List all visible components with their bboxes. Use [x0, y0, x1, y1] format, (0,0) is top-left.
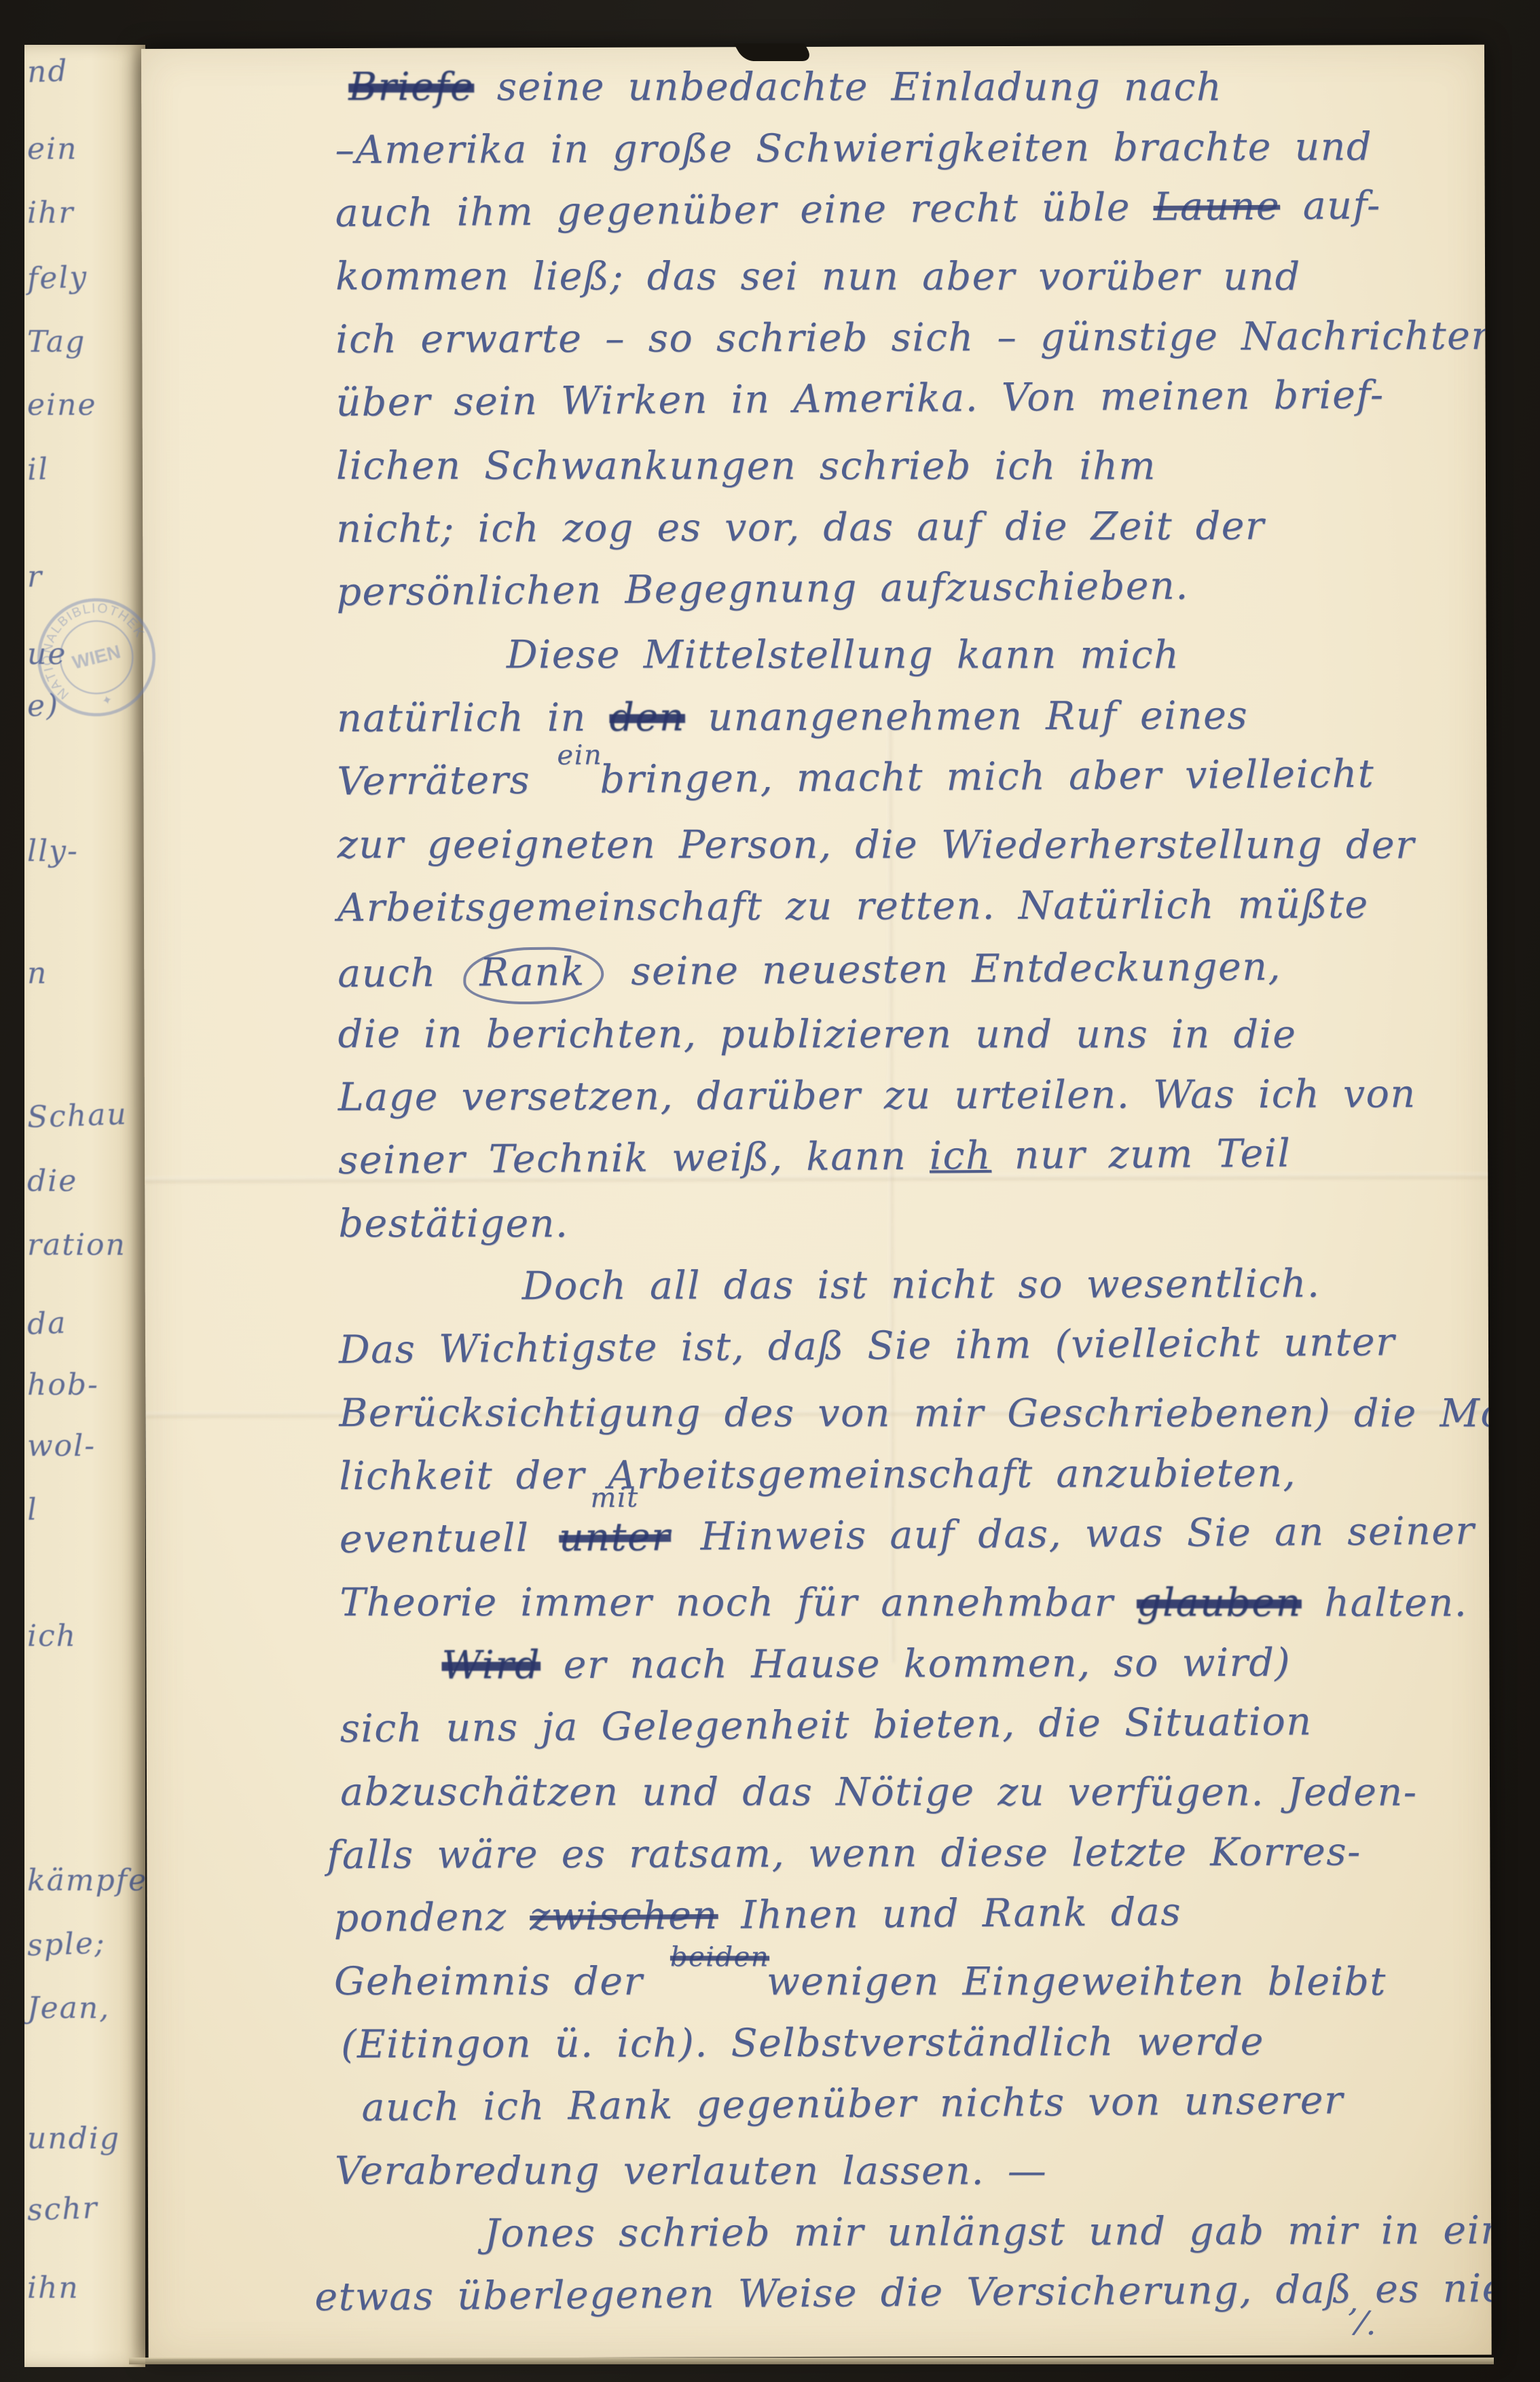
edited-word: Laune: [1153, 184, 1280, 230]
letter-line: Geheimnis der beidenwenigen Eingeweihten…: [334, 1959, 1468, 2023]
handwritten-text: auch: [337, 951, 459, 996]
margin-text-fragment: l: [26, 1492, 39, 1528]
margin-text-fragment: ich: [27, 1619, 77, 1653]
margin-text-fragment: Jean,: [27, 1991, 110, 2026]
margin-text-fragment: n: [27, 956, 48, 991]
handwritten-text: auch ich Rank gegenüber nichts von unser…: [361, 2078, 1344, 2130]
edited-word: Rank: [463, 947, 604, 1005]
photographed-manuscript: ndeinihrfelyTageineilruee)lly-nSchaudier…: [0, 0, 1540, 2382]
letter-line: etwas überlegenen Weise die Versicherung…: [314, 2266, 1469, 2338]
ink-page-mark: ’/.: [1343, 2301, 1380, 2343]
letter-line: (Eitingon ü. ich). Selbstverständlich we…: [341, 2019, 1468, 2085]
margin-text-fragment: da: [26, 1306, 67, 1342]
handwritten-text: Ihnen und Rank das: [718, 1890, 1181, 1938]
edited-word: zwischen: [530, 1893, 718, 1939]
edited-word: Briefe: [348, 65, 474, 109]
letter-line: auch ich Rank gegenüber nichts von unser…: [361, 2077, 1469, 2148]
margin-text-fragment: undig: [27, 2121, 120, 2156]
edited-word: glauben: [1137, 1581, 1302, 1626]
handwritten-text: Arbeitsgemeinschaft zu retten. Natürlich…: [337, 882, 1369, 930]
letter-line: eventuell mitunter Hinweis auf das, was …: [340, 1509, 1467, 1580]
margin-text-fragment: fely: [26, 259, 88, 296]
handwritten-text: abzuschätzen und das Nötige zu verfügen.…: [340, 1770, 1417, 1815]
letter-line: seiner Technik weiß, kann ich nur zum Te…: [338, 1130, 1466, 1201]
handwritten-text: Verabredung verlauten lassen. —: [335, 2148, 1047, 2193]
edited-word: Wird: [441, 1643, 540, 1687]
page-gap-shadow: [733, 43, 814, 61]
margin-text-fragment: schr: [26, 2191, 98, 2228]
handwritten-text: natürlich in: [337, 695, 610, 741]
margin-text-fragment: wol-: [27, 1429, 96, 1463]
handwritten-text: persönlichen Begegnung aufzuschieben.: [336, 564, 1189, 615]
handwritten-text: Das Wichtigste ist, daß Sie ihm (viellei…: [339, 1319, 1395, 1372]
letter-line: Doch all das ist nicht so wesentlich.: [522, 1261, 1466, 1327]
handwritten-text: seine unbedachte Einladung nach: [474, 65, 1222, 109]
handwritten-text: pondenz: [333, 1894, 530, 1941]
edited-word: beiden: [670, 1941, 769, 1973]
margin-text-fragment: ihr: [27, 196, 74, 230]
letter-line: Verräters einbringen, macht mich aber vi…: [337, 751, 1465, 822]
letter-line: auch Rank seine neuesten Entdeckungen,: [337, 940, 1465, 1012]
handwritten-text: halten.: [1302, 1581, 1468, 1626]
letter-line: Lage versetzen, darüber zu urteilen. Was…: [338, 1071, 1465, 1138]
edited-word: ein: [557, 739, 602, 771]
margin-text-fragment: ration: [27, 1228, 126, 1262]
handwritten-text: die in berichten, publizieren und uns in…: [338, 1012, 1297, 1057]
margin-text-fragment: r: [27, 560, 43, 594]
handwritten-text: nicht; ich zog es vor, das auf die Zeit …: [336, 504, 1265, 551]
letter-line: Wird er nach Hause kommen, so wird): [441, 1640, 1467, 1706]
margin-text-fragment: hob-: [27, 1368, 99, 1402]
handwritten-text: Lage versetzen, darüber zu urteilen. Was…: [338, 1071, 1416, 1120]
handwritten-text: über sein Wirken in Amerika. Von meinen …: [335, 373, 1385, 426]
margin-text-fragment: nd: [26, 54, 69, 90]
handwritten-text: kommen ließ; das sei nun aber vorüber un…: [335, 254, 1301, 299]
handwritten-text: bringen, macht mich aber vielleicht: [600, 752, 1374, 803]
handwritten-text: Diese Mittelstellung kann mich: [507, 632, 1180, 677]
handwritten-text: auch ihm gegenüber eine recht üble: [335, 185, 1153, 236]
handwritten-text: etwas überlegenen Weise die Versicherung…: [314, 2266, 1492, 2320]
letter-body: Briefe seine unbedachte Einladung nach–A…: [335, 61, 1469, 2338]
letter-line: zur geeigneten Person, die Wiederherstel…: [337, 822, 1465, 886]
handwritten-text: ich erwarte – so schrieb sich – günstige…: [335, 314, 1491, 362]
letter-line: die in berichten, publizieren und uns in…: [338, 1012, 1465, 1076]
handwritten-text: Verräters: [337, 758, 553, 804]
letter-line: Das Wichtigste ist, daß Sie ihm (viellei…: [339, 1319, 1467, 1391]
letter-line: abzuschätzen und das Nötige zu verfügen.…: [340, 1770, 1467, 1833]
handwritten-text: seiner Technik weiß, kann: [338, 1134, 930, 1184]
letter-line: Theorie immer noch für annehmbar glauben…: [340, 1580, 1467, 1644]
margin-text-fragment: lly-: [27, 834, 79, 868]
handwritten-text: bestätigen.: [338, 1201, 568, 1246]
letter-line: Arbeitsgemeinschaft zu retten. Natürlich…: [337, 882, 1465, 949]
edited-word: den: [609, 695, 685, 739]
margin-text-fragment: Tag: [27, 325, 86, 359]
handwritten-text: eventuell: [340, 1516, 553, 1562]
handwritten-text: seine neuesten Entdeckungen,: [608, 945, 1281, 994]
page-bottom-edge: [129, 2358, 1494, 2364]
handwritten-text: unangenehmen Ruf eines: [685, 693, 1248, 740]
margin-text-fragment: Schau: [26, 1097, 128, 1135]
stamp-center-text: WIEN: [70, 641, 122, 674]
margin-text-fragment: eine: [27, 388, 97, 422]
letter-page: Briefe seine unbedachte Einladung nach–A…: [141, 45, 1492, 2359]
adjacent-page-strip: ndeinihrfelyTageineilruee)lly-nSchaudier…: [24, 45, 145, 2367]
letter-line: lichen Schwankungen schrieb ich ihm: [336, 443, 1463, 507]
handwritten-text: Jones schrieb mir unlängst und gab mir i…: [484, 2207, 1492, 2256]
margin-text-fragment: ein: [27, 132, 77, 166]
letter-line: sich uns ja Gelegenheit bieten, die Situ…: [340, 1698, 1467, 1770]
letter-line: ich erwarte – so schrieb sich – günstige…: [335, 314, 1463, 380]
edited-word: ich: [930, 1133, 992, 1179]
letter-line: persönlichen Begegnung aufzuschieben.: [336, 562, 1464, 633]
handwritten-text: Theorie immer noch für annehmbar: [340, 1580, 1137, 1625]
handwritten-text: sich uns ja Gelegenheit bieten, die Situ…: [340, 1699, 1312, 1751]
letter-line: nicht; ich zog es vor, das auf die Zeit …: [336, 503, 1463, 570]
handwritten-text: falls wäre es ratsam, wenn diese letzte …: [327, 1829, 1361, 1877]
margin-text-fragment: il: [26, 452, 50, 487]
handwritten-text: Hinweis auf das, was Sie an seiner: [678, 1509, 1475, 1560]
stamp-star: ✦: [100, 692, 114, 708]
letter-line: über sein Wirken in Amerika. Von meinen …: [335, 372, 1463, 443]
handwritten-text: Geheimnis der: [334, 1959, 666, 2004]
letter-line: Verabredung verlauten lassen. —: [335, 2148, 1469, 2212]
margin-text-fragment: sple;: [26, 1926, 106, 1963]
handwritten-text: Doch all das ist nicht so wesentlich.: [522, 1262, 1321, 1309]
letter-line: bestätigen.: [338, 1201, 1465, 1265]
handwritten-text: zur geeigneten Person, die Wiederherstel…: [337, 822, 1415, 868]
letter-line: Jones schrieb mir unlängst und gab mir i…: [484, 2208, 1469, 2275]
handwritten-text: lichkeit der Arbeitsgemeinschaft anzubie…: [340, 1451, 1297, 1499]
handwritten-text: Berücksichtigung des von mir Geschrieben…: [339, 1391, 1491, 1436]
margin-text-fragment: ihn: [27, 2271, 79, 2305]
letter-line: pondenz zwischen Ihnen und Rank das: [333, 1888, 1468, 1960]
letter-line: falls wäre es ratsam, wenn diese letzte …: [327, 1829, 1467, 1896]
letter-line: auch ihm gegenüber eine recht üble Laune…: [335, 183, 1463, 254]
handwritten-text: auf-: [1280, 183, 1381, 229]
letter-line: lichkeit der Arbeitsgemeinschaft anzubie…: [340, 1450, 1467, 1517]
margin-text-fragment: die: [27, 1164, 77, 1198]
margin-text-fragment: kämpfen: [27, 1863, 145, 1898]
handwritten-text: –Amerika in große Schwierigkeiten bracht…: [335, 124, 1372, 172]
handwritten-text: wenigen Eingeweihten bleibt: [767, 1959, 1387, 2004]
letter-line: Berücksichtigung des von mir Geschrieben…: [339, 1391, 1466, 1454]
letter-line: Diese Mittelstellung kann mich: [507, 632, 1464, 695]
letter-line: kommen ließ; das sei nun aber vorüber un…: [335, 254, 1463, 318]
handwritten-text: (Eitingon ü. ich). Selbstverständlich we…: [341, 2019, 1264, 2067]
inserted-correction: mitunter: [559, 1514, 671, 1560]
handwritten-text: er nach Hause kommen, so wird): [540, 1641, 1291, 1687]
handwritten-text: nur zum Teil: [991, 1131, 1291, 1178]
letter-line: natürlich in den unangenehmen Ruf eines: [337, 693, 1464, 759]
letter-line: –Amerika in große Schwierigkeiten bracht…: [335, 124, 1462, 191]
handwritten-text: lichen Schwankungen schrieb ich ihm: [336, 443, 1156, 488]
letter-line: Briefe seine unbedachte Einladung nach: [348, 65, 1462, 128]
